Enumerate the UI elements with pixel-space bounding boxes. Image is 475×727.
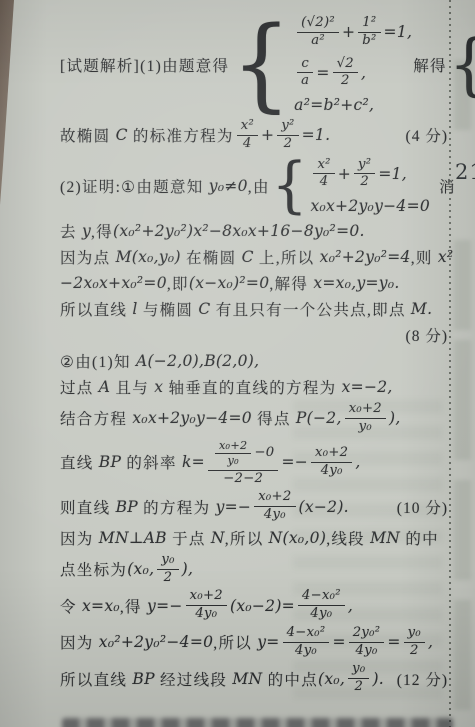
- numerator: x₀+2: [254, 490, 295, 507]
- math-run: =1,: [378, 165, 407, 183]
- solution-line: ②由(1)知 A(−2,0),B(2,0),: [60, 349, 448, 373]
- left-brace-icon: {: [272, 160, 308, 211]
- text-run: 有且只有一个公共点,即点: [211, 298, 411, 320]
- math-run: y²: [358, 158, 371, 173]
- text-run: 去: [60, 220, 82, 242]
- text-run: 经过线段: [155, 668, 233, 690]
- math-run: 4: [243, 137, 252, 152]
- math-run: +: [261, 126, 274, 144]
- system-row: (√2)²a²+1²b²=1,: [294, 15, 412, 50]
- text-run: 因为: [60, 527, 99, 549]
- solution-line: 所以直线 BP 经过线段 MN 的中点(x₀,y₀2).(12 分): [60, 661, 448, 696]
- text-run: [试题解析](1)由题意得: [60, 54, 229, 76]
- math-run: 4y₀: [321, 464, 343, 479]
- math-run: x₀²+2y₀²=4: [320, 248, 411, 266]
- numerator: (√2)²: [297, 16, 339, 33]
- math-run: x₀+2: [258, 490, 291, 505]
- bleed-through-smudge: [454, 240, 471, 330]
- math-run: =: [316, 64, 329, 82]
- denominator: 4y₀: [291, 643, 321, 659]
- bleed-through-smudge: [454, 480, 471, 580]
- fraction: (√2)²a²: [297, 16, 339, 49]
- text-run: 的斜率: [121, 451, 182, 473]
- math-run: ,: [428, 633, 433, 651]
- math-run: C: [116, 126, 128, 144]
- denominator: 4: [239, 136, 256, 152]
- fraction: 1²b²: [358, 16, 380, 49]
- text-run: 点坐标为: [60, 558, 127, 580]
- text-run: 的方程为: [138, 496, 216, 518]
- math-run: BP: [132, 670, 154, 688]
- text-run: ②由(1)知: [60, 350, 136, 372]
- fraction: x²4: [313, 158, 334, 191]
- math-run: BP: [99, 453, 121, 471]
- math-run: ,: [348, 597, 353, 615]
- text-run: (2)证明:①由题意知: [60, 175, 209, 197]
- math-run: 2: [410, 644, 419, 659]
- denominator: y₀: [355, 419, 376, 435]
- left-brace-icon: {: [231, 21, 291, 107]
- math-run: y₀: [359, 420, 372, 435]
- text-run: 得点: [252, 407, 296, 429]
- math-run: x=−2,: [342, 378, 393, 396]
- math-run: 4y₀: [264, 508, 286, 523]
- fraction: x₀+2y₀−0−2−2: [208, 439, 279, 487]
- math-run: (x₀,: [127, 560, 154, 578]
- text-run: ,由: [248, 175, 270, 197]
- math-run: −2x₀x+x₀²=0: [60, 274, 167, 292]
- math-run: +: [338, 165, 351, 183]
- math-run: ),: [389, 409, 401, 427]
- math-run: N(x₀,0): [269, 529, 327, 547]
- math-run: A: [99, 378, 111, 396]
- math-run: =: [387, 633, 400, 651]
- fraction: √22: [333, 57, 358, 90]
- math-run: x₀x+2y₀y−4=0: [132, 409, 252, 427]
- math-run: 2: [354, 680, 363, 695]
- denominator: 2: [350, 679, 367, 695]
- math-run: ,: [355, 453, 360, 471]
- math-run: 2y₀²: [353, 626, 381, 641]
- fraction: y²2: [277, 119, 298, 152]
- math-run: 4−x₀²: [302, 589, 341, 604]
- numerator: y₀: [157, 553, 178, 570]
- desk-surface-corner: [0, 0, 20, 210]
- math-run: BP: [116, 498, 138, 516]
- page-margin-strip: 21: [451, 0, 475, 727]
- fraction: ca: [297, 57, 313, 90]
- text-run: 则直线: [60, 496, 116, 518]
- math-run: 4y₀: [195, 607, 217, 622]
- denominator: 4y₀: [352, 643, 382, 659]
- text-run: ,所以: [225, 527, 269, 549]
- solution-line: −2x₀x+x₀²=0,即(x−x₀)²=0,解得 x=x₀,y=y₀.: [60, 271, 448, 295]
- denominator: 2: [356, 174, 373, 190]
- text-run: ,所以: [213, 631, 257, 653]
- fraction: y₀2: [157, 553, 178, 586]
- math-run: x₀x+2y₀y−4=0: [310, 197, 430, 215]
- math-run: 2: [341, 74, 350, 89]
- text-run: ,得: [91, 220, 113, 242]
- fraction: 4−x₀²4y₀: [298, 589, 345, 622]
- math-run: y₀: [228, 455, 239, 468]
- math-run: =1,: [384, 23, 413, 41]
- text-run: 令: [60, 595, 82, 617]
- math-run: 4−x₀²: [287, 626, 326, 641]
- solution-line: (8 分): [60, 323, 448, 347]
- text-run: 在椭圆: [181, 246, 242, 268]
- numerator: c: [297, 57, 313, 74]
- math-run: x²: [317, 158, 330, 173]
- fraction: x₀+2y₀: [345, 402, 386, 435]
- text-run: ,得: [120, 595, 147, 617]
- math-run: b²: [362, 34, 376, 49]
- math-run: a²: [311, 34, 325, 49]
- score-label: (12 分): [389, 668, 448, 690]
- math-run: (x−2).: [299, 498, 349, 516]
- text-run: ,则: [411, 246, 438, 268]
- denominator: a: [297, 73, 313, 89]
- numerator: y₀: [404, 626, 425, 643]
- numerator: x₀+2: [186, 589, 227, 606]
- numerator: x₀+2: [345, 402, 386, 419]
- text-run: 的中: [400, 527, 439, 549]
- math-run: a: [301, 74, 309, 89]
- math-run: x₀+2: [190, 589, 223, 604]
- fraction: 2y₀²4y₀: [349, 626, 385, 659]
- math-run: x₀+2: [219, 440, 248, 453]
- text-run: 与椭圆: [138, 298, 199, 320]
- denominator: 4y₀: [191, 606, 221, 622]
- text-run: 于点: [167, 527, 211, 549]
- denominator: 4: [316, 174, 333, 190]
- math-run: MN: [370, 529, 400, 547]
- math-run: k=: [182, 453, 205, 471]
- denominator: 4y₀: [260, 507, 290, 523]
- system-row: x²4+y²2=1,: [310, 157, 430, 192]
- denominator: 2: [280, 136, 297, 152]
- math-run: ),: [182, 560, 194, 578]
- text-run: 的标准方程为: [128, 124, 234, 146]
- fraction: y²2: [354, 158, 375, 191]
- math-run: x=x₀,y=y₀.: [313, 274, 399, 292]
- solution-line: 因为 x₀²+2y₀²−4=0,所以 y=4−x₀²4y₀=2y₀²4y₀=y₀…: [60, 625, 448, 660]
- fraction: 4−x₀²4y₀: [283, 626, 330, 659]
- solution-text-block: [试题解析](1)由题意得{(√2)²a²+1²b²=1,ca=√22,a²=b…: [60, 11, 448, 698]
- fraction: y₀2: [404, 626, 425, 659]
- math-run: x: [154, 378, 163, 396]
- math-run: −0: [254, 446, 274, 461]
- math-run: −2−2: [223, 472, 263, 487]
- math-run: =: [332, 633, 345, 651]
- denominator: b²: [358, 33, 380, 49]
- text-run: 所以直线: [60, 668, 132, 690]
- math-run: √2: [337, 57, 354, 72]
- math-run: (x₀−2)=: [230, 597, 295, 615]
- math-run: M.: [411, 300, 432, 318]
- denominator: −2−2: [219, 471, 267, 487]
- math-run: y₀: [408, 626, 421, 641]
- math-run: C: [242, 248, 254, 266]
- numerator: x₀+2: [311, 446, 352, 463]
- numerator: x₀+2: [215, 440, 252, 455]
- math-run: C: [198, 300, 210, 318]
- equation-system: {(√2)²a²+1²b²=1,ca=√22,a²=b²+c²,: [231, 15, 412, 114]
- text-run: 且与: [110, 376, 154, 398]
- text-run: 上,所以: [254, 246, 320, 268]
- math-run: 4y₀: [356, 644, 378, 659]
- score-label: (4 分): [398, 124, 448, 146]
- math-run: y=−: [147, 597, 183, 615]
- numerator: √2: [333, 57, 358, 74]
- math-run: x₀+2: [349, 402, 382, 417]
- math-run: P(−2,: [296, 409, 342, 427]
- math-run: (x−x₀)²=0: [189, 274, 270, 292]
- math-run: (√2)²: [301, 16, 335, 31]
- fraction: x₀+2y₀: [215, 440, 252, 468]
- equation-system: {x²4+y²2=1,x₀x+2y₀y−4=0: [272, 157, 430, 216]
- fraction: x₀+24y₀: [254, 490, 295, 523]
- math-run: 2: [284, 137, 293, 152]
- solution-line: 令 x=x₀,得 y=−x₀+24y₀(x₀−2)=4−x₀²4y₀,: [60, 588, 448, 623]
- score-label: (8 分): [398, 324, 448, 346]
- numerator: 1²: [358, 16, 380, 33]
- text-run: 的中点: [262, 668, 318, 690]
- text-run: 因为点: [60, 246, 116, 268]
- math-run: 4y₀: [295, 644, 317, 659]
- math-run: 2: [164, 571, 173, 586]
- fraction: x₀+24y₀: [311, 446, 352, 479]
- math-run: y: [82, 222, 91, 240]
- solution-line: 因为 MN⊥AB 于点 N,所以 N(x₀,0),线段 MN 的中: [60, 526, 448, 550]
- solution-line: 直线 BP 的斜率 k=x₀+2y₀−0−2−2=−x₀+24y₀,: [60, 438, 448, 488]
- math-run: MN: [232, 670, 262, 688]
- math-run: ).: [372, 670, 384, 688]
- math-run: 4y₀: [310, 607, 332, 622]
- math-run: =−: [281, 453, 308, 471]
- numerator: y²: [354, 158, 375, 175]
- denominator: 4y₀: [317, 463, 347, 479]
- denominator: y₀: [224, 454, 243, 468]
- solution-line: 所以直线 l 与椭圆 C 有且只有一个公共点,即点 M.: [60, 297, 448, 321]
- solution-line: 则直线 BP 的方程为 y=−x₀+24y₀(x−2).(10 分): [60, 489, 448, 524]
- math-run: (x₀,: [318, 670, 345, 688]
- text-run: ,线段: [326, 527, 370, 549]
- solution-line: 去 y,得(x₀²+2y₀²)x²−8x₀x+16−8y₀²=0.: [60, 219, 448, 243]
- text-run: 轴垂直的直线的方程为: [163, 376, 341, 398]
- solution-line: 过点 A 且与 x 轴垂直的直线的方程为 x=−2,: [60, 375, 448, 399]
- math-run: (x₀²+2y₀²)x²−8x₀x+16−8y₀²=0.: [113, 222, 365, 240]
- numerator: 2y₀²: [349, 626, 385, 643]
- math-run: M(x₀,y₀): [116, 248, 181, 266]
- fraction: y₀2: [348, 662, 369, 695]
- text-run: ,即: [167, 272, 189, 294]
- cut-off-next-line: [62, 718, 453, 727]
- text-run: 解得: [413, 54, 447, 76]
- numerator: 4−x₀²: [298, 589, 345, 606]
- photographed-textbook-page: [试题解析](1)由题意得{(√2)²a²+1²b²=1,ca=√22,a²=b…: [0, 0, 475, 727]
- math-run: y₀≠0: [209, 177, 248, 195]
- numerator: x²: [313, 158, 334, 175]
- text-run: 所以直线: [60, 298, 132, 320]
- system-row: ca=√22,: [294, 56, 412, 91]
- fraction: x²4: [237, 119, 258, 152]
- math-run: 2: [360, 175, 369, 190]
- system-row: x₀x+2y₀y−4=0: [310, 197, 430, 215]
- bleed-through-smudge: [454, 60, 471, 130]
- system-rows: x²4+y²2=1,x₀x+2y₀y−4=0: [310, 157, 430, 216]
- score-label: (10 分): [389, 496, 448, 518]
- math-run: ,: [361, 64, 366, 82]
- math-run: x=x₀: [82, 597, 120, 615]
- text-run: 因为: [60, 631, 99, 653]
- math-run: x₀²+2y₀²−4=0: [99, 633, 214, 651]
- solution-line: (2)证明:①由题意知 y₀≠0,由{x²4+y²2=1,x₀x+2y₀y−4=…: [60, 155, 448, 218]
- math-run: x₀+2: [315, 446, 348, 461]
- math-run: a²=b²+c²,: [294, 96, 374, 114]
- math-run: 1²: [362, 16, 376, 31]
- solution-line: 点坐标为(x₀,y₀2),: [60, 552, 448, 587]
- denominator: 2: [406, 643, 423, 659]
- numerator: y₀: [348, 662, 369, 679]
- denominator: 2: [160, 570, 177, 586]
- system-rows: (√2)²a²+1²b²=1,ca=√22,a²=b²+c²,: [294, 15, 412, 114]
- fraction: x₀+24y₀: [186, 589, 227, 622]
- numerator: 4−x₀²: [283, 626, 330, 643]
- solution-line: 因为点 M(x₀,y₀) 在椭圆 C 上,所以 x₀²+2y₀²=4,则 x²: [60, 245, 448, 269]
- math-run: y=−: [216, 498, 252, 516]
- math-run: y=: [257, 633, 279, 651]
- numerator: x₀+2y₀−0: [208, 439, 279, 471]
- math-run: MN⊥AB: [99, 529, 167, 547]
- system-row: a²=b²+c²,: [294, 96, 412, 114]
- denominator: 2: [337, 73, 354, 89]
- math-run: A(−2,0),B(2,0),: [136, 352, 259, 370]
- denominator: 4y₀: [306, 606, 336, 622]
- math-run: y₀: [352, 662, 365, 677]
- margin-page-number: 21: [455, 160, 475, 184]
- bleed-through-smudge: [454, 600, 471, 710]
- math-run: =1.: [302, 126, 331, 144]
- text-run: 直线: [60, 451, 99, 473]
- math-run: +: [342, 23, 355, 41]
- bleed-through-smudge: [454, 340, 471, 460]
- denominator: a²: [307, 33, 329, 49]
- solution-line: 结合方程 x₀x+2y₀y−4=0 得点 P(−2,x₀+2y₀),: [60, 401, 448, 436]
- text-run: 故椭圆: [60, 124, 116, 146]
- text-run: ,解得: [269, 272, 313, 294]
- text-run: 过点: [60, 376, 99, 398]
- math-run: y₀: [161, 553, 174, 568]
- text-run: 结合方程: [60, 407, 132, 429]
- math-run: N: [211, 529, 225, 547]
- math-run: c: [301, 57, 309, 72]
- math-run: 4: [320, 175, 329, 190]
- solution-line: [试题解析](1)由题意得{(√2)²a²+1²b²=1,ca=√22,a²=b…: [60, 13, 448, 116]
